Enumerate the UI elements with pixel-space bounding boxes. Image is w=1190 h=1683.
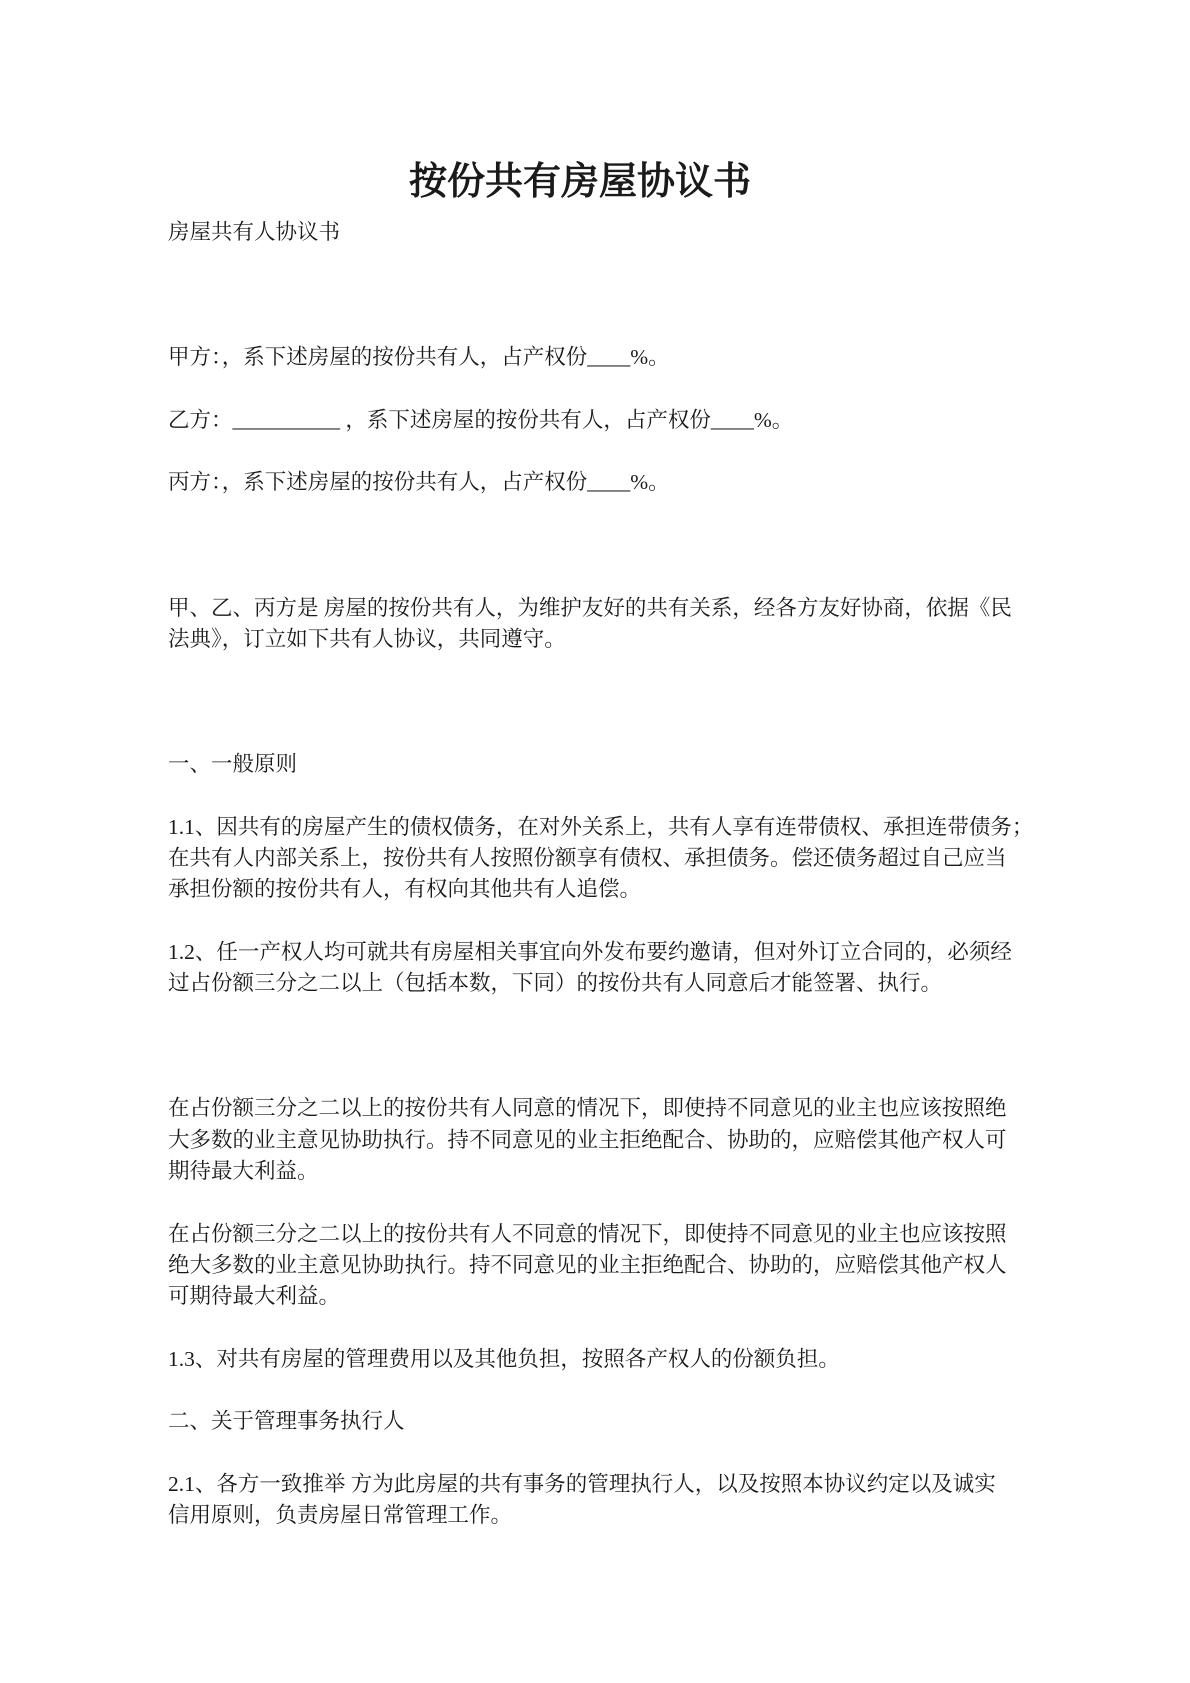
blank-line (168, 561, 1026, 592)
text-line: 可期待最大利益。 (168, 1281, 1026, 1312)
text-line: 乙方：__________ ，系下述房屋的按份共有人，占产权份____%。 (168, 405, 1026, 436)
blank-line (168, 248, 1026, 279)
text-line: 过占份额三分之二以上（包括本数，下同）的按份共有人同意后才能签署、执行。 (168, 968, 1026, 999)
text-line: 1.2、任一产权人均可就共有房屋相关事宜向外发布要约邀请，但对外订立合同的，必须… (168, 937, 1026, 968)
blank-line (168, 530, 1026, 561)
text-line: 期待最大利益。 (168, 1156, 1026, 1187)
document-page: 按份共有房屋协议书 房屋共有人协议书甲方：，系下述房屋的按份共有人，占产权份__… (0, 0, 1190, 1683)
text-line: 绝大多数的业主意见协助执行。持不同意见的业主拒绝配合、协助的，应赔偿其他产权人 (168, 1250, 1026, 1281)
text-line: 信用原则，负责房屋日常管理工作。 (168, 1500, 1026, 1531)
blank-line (168, 1312, 1026, 1343)
text-line: 在共有人内部关系上，按份共有人按照份额享有债权、承担债务。偿还债务超过自己应当 (168, 843, 1026, 874)
text-line: 1.3、对共有房屋的管理费用以及其他负担，按照各产权人的份额负担。 (168, 1344, 1026, 1375)
text-line: 在占份额三分之二以上的按份共有人同意的情况下，即使持不同意见的业主也应该按照绝 (168, 1093, 1026, 1124)
text-line: 丙方：，系下述房屋的按份共有人，占产权份____%。 (168, 467, 1026, 498)
blank-line (168, 718, 1026, 749)
blank-line (168, 780, 1026, 811)
text-line: 一、一般原则 (168, 749, 1026, 780)
blank-line (168, 655, 1026, 686)
text-line: 承担份额的按份共有人，有权向其他共有人追偿。 (168, 874, 1026, 905)
blank-line (168, 906, 1026, 937)
text-line: 法典》，订立如下共有人协议，共同遵守。 (168, 624, 1026, 655)
blank-line (168, 1187, 1026, 1218)
blank-line (168, 1062, 1026, 1093)
text-line: 1.1、因共有的房屋产生的债权债务，在对外关系上，共有人享有连带债权、承担连带债… (168, 812, 1026, 843)
blank-line (168, 436, 1026, 467)
document-title: 按份共有房屋协议书 (168, 156, 992, 208)
text-line: 甲方：，系下述房屋的按份共有人，占产权份____%。 (168, 342, 1026, 373)
blank-line (168, 686, 1026, 717)
text-line: 房屋共有人协议书 (168, 217, 1026, 248)
blank-line (168, 499, 1026, 530)
blank-line (168, 311, 1026, 342)
text-line: 甲、乙、丙方是 房屋的按份共有人，为维护友好的共有关系，经各方友好协商，依据《民 (168, 593, 1026, 624)
blank-line (168, 1031, 1026, 1062)
blank-line (168, 373, 1026, 404)
document-body: 房屋共有人协议书甲方：，系下述房屋的按份共有人，占产权份____%。乙方：___… (168, 217, 1026, 1531)
text-line: 在占份额三分之二以上的按份共有人不同意的情况下，即使持不同意见的业主也应该按照 (168, 1219, 1026, 1250)
text-line: 大多数的业主意见协助执行。持不同意见的业主拒绝配合、协助的，应赔偿其他产权人可 (168, 1125, 1026, 1156)
blank-line (168, 280, 1026, 311)
blank-line (168, 999, 1026, 1030)
text-line: 二、关于管理事务执行人 (168, 1406, 1026, 1437)
blank-line (168, 1375, 1026, 1406)
text-line: 2.1、各方一致推举 方为此房屋的共有事务的管理执行人，以及按照本协议约定以及诚… (168, 1469, 1026, 1500)
blank-line (168, 1438, 1026, 1469)
